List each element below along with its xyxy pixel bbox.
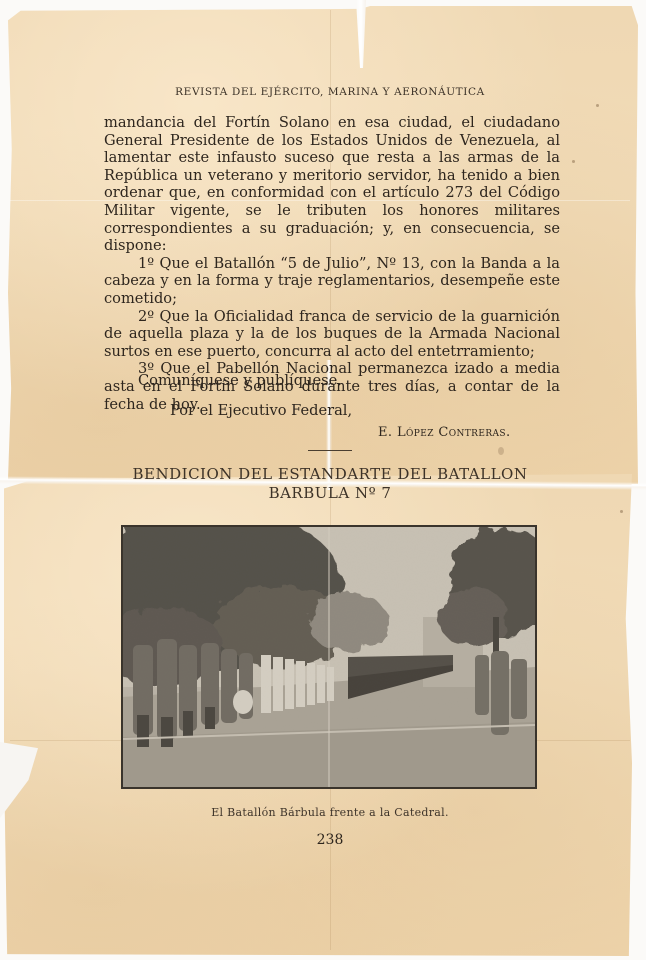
body-paragraph: mandancia del Fortín Solano en esa ciuda…	[104, 114, 560, 255]
photograph-scene	[123, 527, 535, 787]
photo-caption: El Batallón Bárbula frente a la Catedral…	[120, 806, 540, 819]
page-number: 238	[300, 832, 360, 848]
paper-stain	[596, 104, 599, 107]
closing-line: Por el Ejecutivo Federal,	[170, 402, 352, 419]
paper-stain	[498, 447, 504, 455]
section-subtitle: BARBULA Nº 7	[110, 484, 550, 502]
signature: E. López Contreras.	[378, 425, 511, 440]
paper-stain	[572, 160, 575, 163]
photograph-image	[121, 525, 537, 789]
section-divider	[308, 450, 352, 451]
section-title: BENDICION DEL ESTANDARTE DEL BATALLON	[110, 465, 550, 483]
body-text: mandancia del Fortín Solano en esa ciuda…	[104, 114, 560, 413]
body-paragraph: 1º Que el Batallón “5 de Julio”, Nº 13, …	[104, 255, 560, 308]
body-paragraph: 2º Que la Oficialidad franca de servicio…	[104, 308, 560, 361]
closing-line: Comuníquese y publíquese.	[138, 372, 342, 389]
paper-stain	[620, 510, 623, 513]
running-head: REVISTA DEL EJÉRCITO, MARINA Y AERONÁUTI…	[120, 86, 540, 98]
